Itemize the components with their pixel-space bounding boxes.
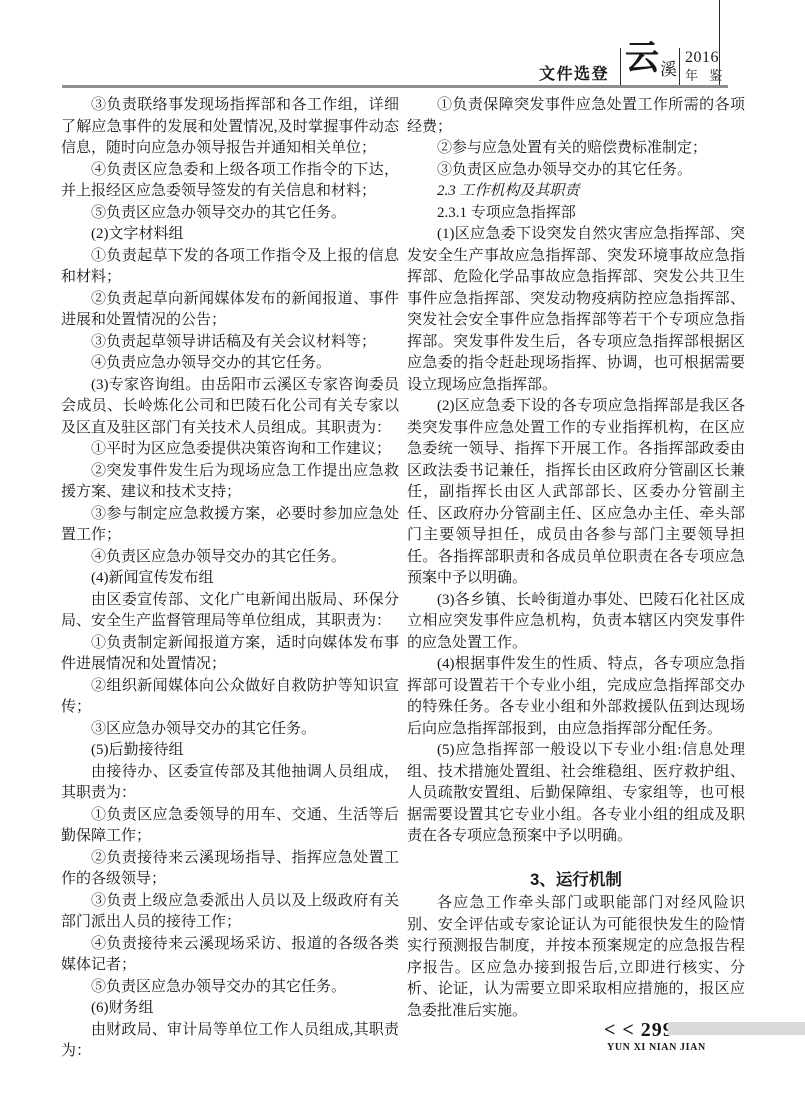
year-label: 2016 (685, 50, 719, 66)
paragraph: ①负责区应急委领导的用车、交通、生活等后勤保障工作； (61, 805, 399, 848)
paragraph: ④负责区应急办领导交办的其它任务。 (61, 547, 399, 569)
paragraph: ④负责区应急委和上级各项工作指令的下达，并上报经区应急委领导签发的有关信息和材料… (61, 160, 399, 203)
paragraph: ①负责保障突发事件应急处置工作所需的各项经费； (407, 95, 745, 138)
paragraph: (2)文字材料组 (61, 224, 399, 246)
paragraph: (3)专家咨询组。由岳阳市云溪区专家咨询委员会成员、长岭炼化公司和巴陵石化公司有… (61, 375, 399, 440)
header-divider-middle (679, 48, 680, 85)
paragraph: (5)后勤接待组 (61, 740, 399, 762)
paragraph: ④负责应急办领导交办的其它任务。 (61, 353, 399, 375)
logo-sub-character: 溪 (660, 61, 677, 78)
right-column: ①负责保障突发事件应急处置工作所需的各项经费；②参与应急处置有关的赔偿费标准制定… (407, 95, 745, 1022)
paragraph: ②参与应急处置有关的赔偿费标准制定； (407, 138, 745, 160)
header-divider-left (620, 48, 621, 85)
paragraph: ①平时为区应急委提供决策咨询和工作建议； (61, 439, 399, 461)
paragraph: ③负责区应急办领导交办的其它任务。 (407, 160, 745, 182)
paragraph: (5)应急指挥部一般设以下专业小组:信息处理组、技术措施处置组、社会维稳组、医疗… (407, 740, 745, 848)
romanized-title: YUN XI NIAN JIAN (607, 1042, 706, 1053)
yearbook-page: 文件选登 云 溪 2016 年 鉴 ③负责联络事发现场指挥部和各工作组，详细了解… (0, 0, 805, 1099)
paragraph: 由接待办、区委宣传部及其他抽调人员组成，其职责为： (61, 762, 399, 805)
paragraph: (2)区应急委下设的各专项应急指挥部是我区各类突发事件应急处置工作的专业指挥机构… (407, 396, 745, 590)
paragraph: ③参与制定应急救援方案，必要时参加应急处置工作； (61, 504, 399, 547)
paragraph: ③负责联络事发现场指挥部和各工作组，详细了解应急事件的发展和处置情况,及时掌握事… (61, 95, 399, 160)
paragraph: (4)新闻宣传发布组 (61, 568, 399, 590)
paragraph: (4)根据事件发生的性质、特点，各专项应急指挥部可设置若干个专业小组，完成应急指… (407, 654, 745, 740)
left-column: ③负责联络事发现场指挥部和各工作组，详细了解应急事件的发展和处置情况,及时掌握事… (61, 95, 399, 1063)
paragraph: ⑤负责区应急办领导交办的其它任务。 (61, 203, 399, 225)
paragraph: ②突发事件发生后为现场应急工作提出应急救援方案、建议和技术支持； (61, 461, 399, 504)
header-rule (62, 85, 728, 88)
paragraph: ③负责上级应急委派出人员以及上级政府有关部门派出人员的接待工作； (61, 891, 399, 934)
paragraph: 2.3.1 专项应急指挥部 (407, 203, 745, 225)
paragraph: ②负责接待来云溪现场指导、指挥应急处置工作的各级领导； (61, 848, 399, 891)
paragraph: ②负责起草向新闻媒体发布的新闻报道、事件进展和处置情况的公告； (61, 289, 399, 332)
paragraph: ③负责起草领导讲话稿及有关会议材料等； (61, 332, 399, 354)
paragraph: (3)各乡镇、长岭街道办事处、巴陵石化社区成立相应突发事件应急机构，负责本辖区内… (407, 590, 745, 655)
paragraph: ③区应急办领导交办的其它任务。 (61, 719, 399, 741)
paragraph: (6)财务组 (61, 998, 399, 1020)
paragraph: ①负责制定新闻报道方案，适时向媒体发布事件进展情况和处置情况； (61, 633, 399, 676)
paragraph: 由财政局、审计局等单位工作人员组成,其职责为： (61, 1020, 399, 1063)
paragraph: ⑤负责区应急办领导交办的其它任务。 (61, 977, 399, 999)
paragraph: ②组织新闻媒体向公众做好自救防护等知识宣传； (61, 676, 399, 719)
paragraph: 3、运行机制 (407, 870, 745, 892)
paragraph: 各应急工作牵头部门或职能部门对经风险识别、安全评估或专家论证认为可能很快发生的险… (407, 893, 745, 1022)
page-number: < < 299 (604, 1019, 674, 1042)
logo-main-character: 云 (625, 42, 659, 76)
paragraph: 2.3 工作机构及其职责 (407, 181, 745, 203)
paragraph: ④负责接待来云溪现场采访、报道的各级各类媒体记者； (61, 934, 399, 977)
yearbook-label: 年 鉴 (685, 69, 726, 82)
paragraph: ①负责起草下发的各项工作指令及上报的信息和材料； (61, 246, 399, 289)
section-label: 文件选登 (539, 61, 609, 84)
paragraph: (1)区应急委下设突发自然灾害应急指挥部、突发安全生产事故应急指挥部、突发环境事… (407, 224, 745, 396)
header-divider-right (719, 0, 720, 85)
paragraph: 由区委宣传部、文化广电新闻出版局、环保分局、安全生产监督管理局等单位组成，其职责… (61, 590, 399, 633)
footer-bar (668, 1022, 805, 1035)
